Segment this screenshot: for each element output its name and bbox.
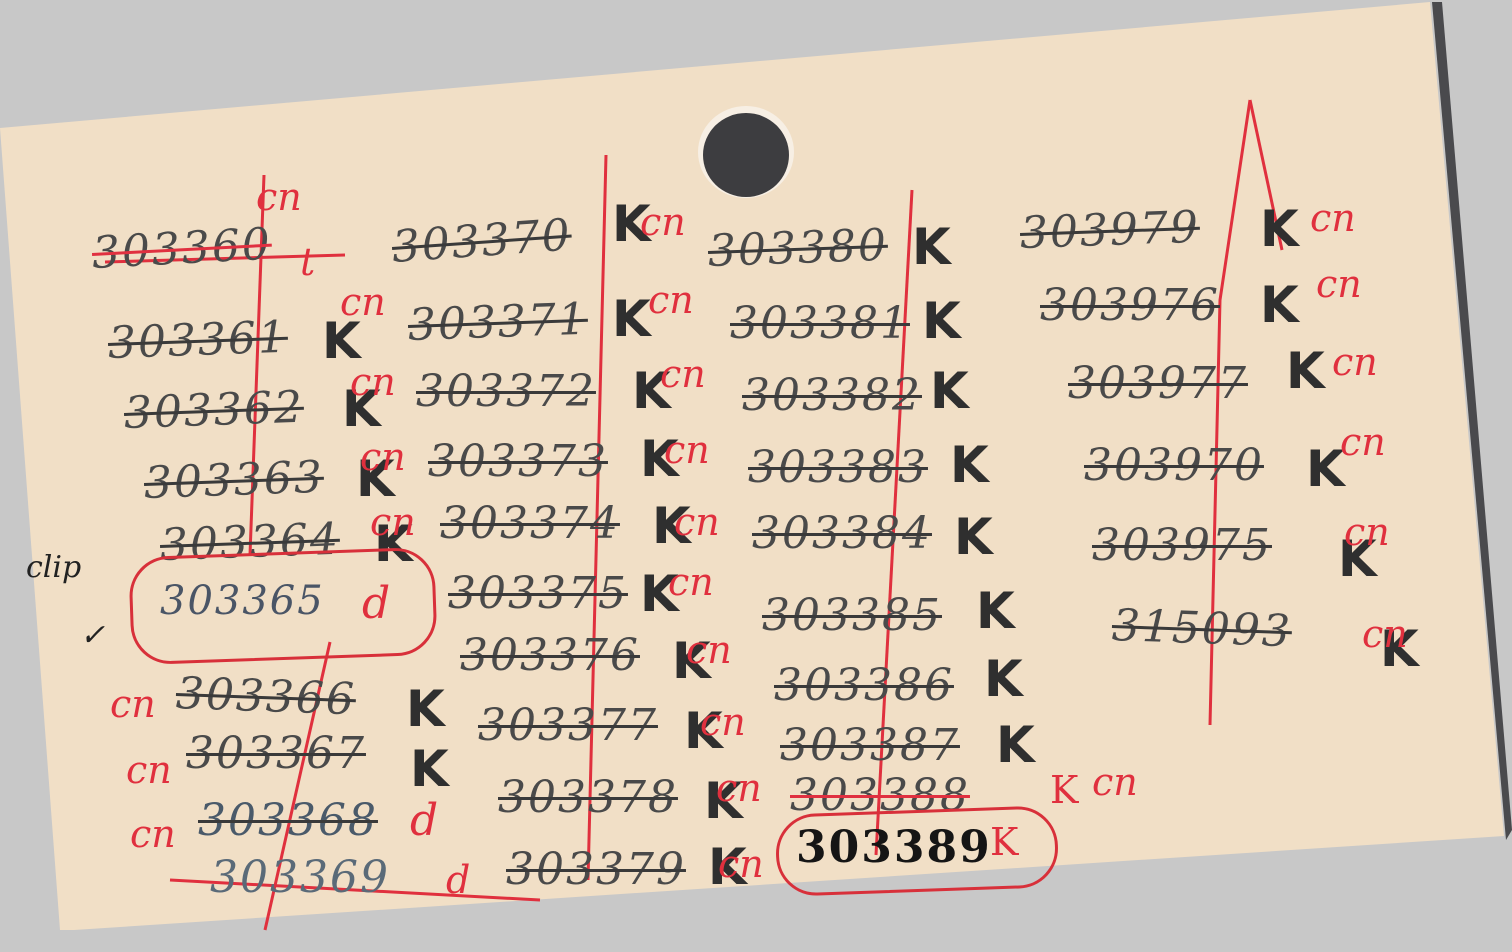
entry-303369: 303369 xyxy=(210,852,390,903)
note-cn: cn xyxy=(700,700,746,744)
mark-k: K xyxy=(612,290,651,348)
note-cn: cn xyxy=(1340,420,1386,464)
mark-k: K xyxy=(922,292,961,350)
entry-303362: 303362 xyxy=(123,382,305,439)
entry-303384: 303384 xyxy=(752,508,932,559)
entry-315093: 315093 xyxy=(1111,600,1293,657)
entry-303975: 303975 xyxy=(1092,520,1272,571)
entry-303371: 303371 xyxy=(407,294,589,351)
entry-303380: 303380 xyxy=(707,220,889,277)
entry-303976: 303976 xyxy=(1040,280,1220,331)
entry-303375: 303375 xyxy=(448,568,628,619)
entry-303378: 303378 xyxy=(498,772,678,823)
entry-303385: 303385 xyxy=(762,590,942,641)
mark-t: t xyxy=(300,240,315,284)
mark-k: K xyxy=(1260,200,1299,258)
entry-303366: 303366 xyxy=(175,668,357,725)
note-cn: cn xyxy=(718,842,764,886)
prefix-cn: cn xyxy=(110,682,156,726)
entry-303970: 303970 xyxy=(1084,440,1264,491)
mark-k: K xyxy=(912,218,951,276)
mark-k: K xyxy=(406,680,445,738)
mark-k: K xyxy=(930,362,969,420)
entry-303360: 303360 xyxy=(91,219,273,279)
entry-303373: 303373 xyxy=(428,436,608,487)
entry-303387: 303387 xyxy=(780,720,960,771)
note-cn: cn xyxy=(1362,612,1408,656)
mark-k: K xyxy=(954,508,993,566)
note-cn: cn xyxy=(350,360,396,404)
entry-303365: 303365 xyxy=(160,578,325,624)
entry-303367: 303367 xyxy=(186,728,366,779)
note-cn: cn xyxy=(674,500,720,544)
note-cn: cn xyxy=(716,766,762,810)
mark-k: K xyxy=(984,650,1023,708)
note-cn: cn xyxy=(256,175,302,219)
prefix-cn: cn xyxy=(130,812,176,856)
note-cn: cn xyxy=(668,560,714,604)
entry-303363: 303363 xyxy=(143,452,325,509)
mark-k: K xyxy=(976,582,1015,640)
note-cn: cn xyxy=(340,280,386,324)
entry-303376: 303376 xyxy=(460,630,640,681)
entry-303377: 303377 xyxy=(478,700,658,751)
note-cn: cn xyxy=(664,428,710,472)
note-cn: cn xyxy=(640,200,686,244)
mark-k: K xyxy=(1050,768,1078,812)
mark-d: d xyxy=(446,858,470,902)
note-cn: cn xyxy=(360,435,406,479)
note-cn: cn xyxy=(370,500,416,544)
note-cn: cn xyxy=(1092,760,1138,804)
mark-k: K xyxy=(990,820,1018,864)
entry-303386: 303386 xyxy=(774,660,954,711)
entry-303382: 303382 xyxy=(742,370,922,421)
entry-303389: 303389 xyxy=(796,822,992,873)
note-cn: cn xyxy=(686,628,732,672)
entry-303372: 303372 xyxy=(416,366,596,417)
note-cn: cn xyxy=(648,278,694,322)
entry-303979: 303979 xyxy=(1019,202,1201,259)
mark-k: K xyxy=(410,740,449,798)
entry-303379: 303379 xyxy=(506,844,686,895)
mark-k: K xyxy=(1260,276,1299,334)
entry-303977: 303977 xyxy=(1068,358,1248,409)
mark-k: K xyxy=(996,716,1035,774)
note-cn: cn xyxy=(1344,510,1390,554)
entry-303381: 303381 xyxy=(730,298,910,349)
note-cn: cn xyxy=(1316,262,1362,306)
entry-303368: 303368 xyxy=(198,795,378,846)
entry-303374: 303374 xyxy=(440,498,620,549)
note-cn: cn xyxy=(1310,196,1356,240)
entry-303361: 303361 xyxy=(107,312,289,369)
mark-k: K xyxy=(950,436,989,494)
mark-d: d xyxy=(362,578,390,629)
note-cn: cn xyxy=(660,352,706,396)
entry-303383: 303383 xyxy=(748,442,928,493)
mark-k: K xyxy=(1306,440,1345,498)
note-cn: cn xyxy=(1332,340,1378,384)
mark-k: K xyxy=(1286,342,1325,400)
check-mark: ✓ xyxy=(80,618,105,653)
margin-note-clip: clip xyxy=(26,550,81,585)
prefix-cn: cn xyxy=(126,748,172,792)
mark-d: d xyxy=(410,795,438,846)
